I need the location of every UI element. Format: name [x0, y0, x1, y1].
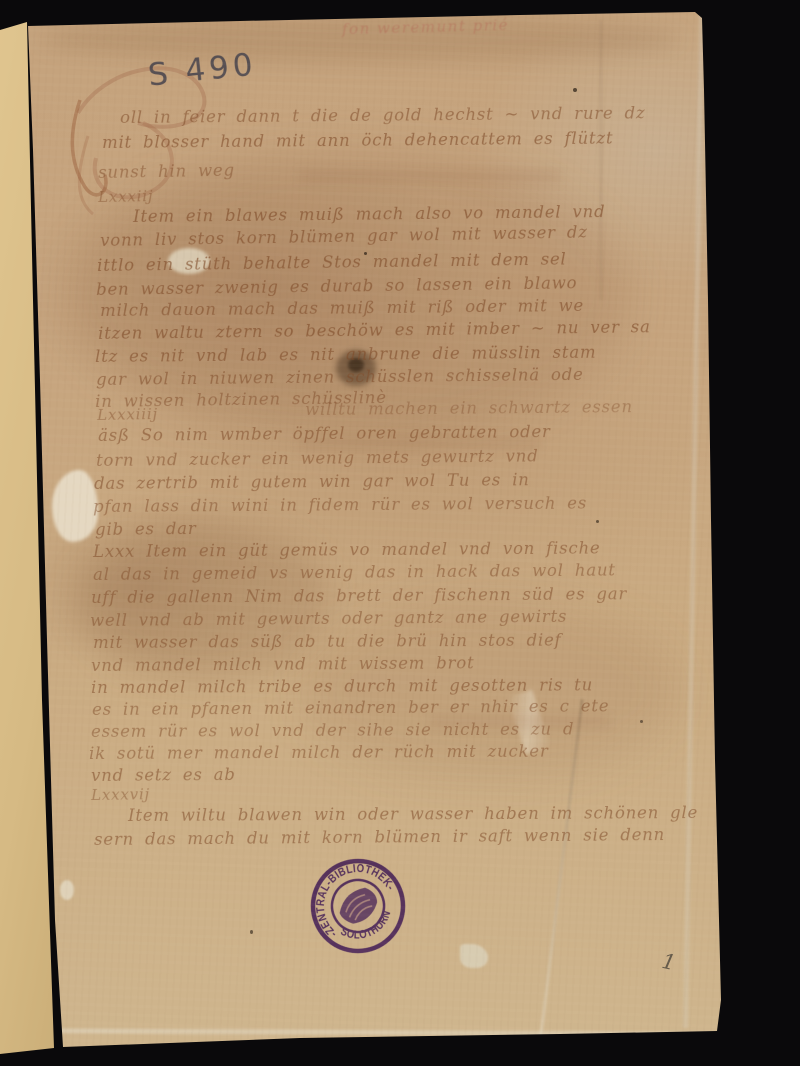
- manuscript-line: essem rür es wol vnd der sihe sie nicht …: [91, 719, 574, 741]
- manuscript-line: torn vnd zucker ein wenig mets gewurtz v…: [96, 446, 539, 470]
- folio-number: 1: [660, 949, 678, 975]
- manuscript-line: Lxxxiiij: [97, 405, 158, 424]
- speck: [250, 930, 253, 934]
- manuscript-line: Item wiltu blawen win oder wasser haben …: [128, 803, 698, 825]
- header-inscription: fon weremunt prié: [342, 16, 509, 38]
- library-stamp: -ZENTRAL-BIBLIOTHEK- SOLOTHURN: [277, 825, 438, 986]
- manuscript-line: itzen waltu ztern so beschöw es mit imbe…: [98, 317, 651, 343]
- manuscript-line: ittlo ein stüth behalte Stos mandel mit …: [97, 249, 567, 275]
- manuscript-line: gib es dar: [95, 519, 197, 539]
- page-edge-highlight: [683, 14, 704, 1028]
- manuscript-line: äsß So nim wmber öpffel oren gebratten o…: [98, 422, 551, 445]
- crease: [539, 699, 583, 1037]
- stain: [300, 600, 680, 780]
- speck: [364, 252, 367, 255]
- manuscript-line: Lxxx Item ein güt gemüs vo mandel vnd vo…: [93, 538, 601, 561]
- stamp-ring-text-top: -ZENTRAL-BIBLIOTHEK-: [300, 848, 404, 941]
- crease: [600, 20, 602, 300]
- manuscript-scan: fon weremunt prié S 490 oll in feier dan…: [0, 0, 800, 1066]
- manuscript-line: ben wasser zwenig es durab so lassen ein…: [96, 273, 577, 299]
- manuscript-line: pfan lass din wini in fidem rür es wol v…: [93, 494, 587, 516]
- manuscript-line: mit wasser das süß ab tu die brü hin sto…: [93, 631, 562, 652]
- stain: [70, 150, 630, 440]
- manuscript-line: vnd mandel milch vnd mit wissem brot: [91, 653, 475, 675]
- white-fleck: [60, 880, 74, 900]
- parchment-page: fon weremunt prié S 490 oll in feier dan…: [0, 0, 800, 1066]
- manuscript-line: mit blosser hand mit ann öch dehencattem…: [102, 129, 613, 152]
- white-fleck: [460, 944, 488, 968]
- manuscript-line: al das in gemeid vs wenig das in hack da…: [93, 560, 616, 584]
- line-initial-flourish: [55, 95, 135, 215]
- manuscript-line: in wissen holtzinen schüsslinè: [95, 388, 387, 411]
- shelfmark-label: S 490: [146, 46, 258, 93]
- speck: [640, 720, 643, 723]
- manuscript-line: Lxxxvij: [91, 785, 150, 804]
- manuscript-line: das zertrib mit gutem win gar wol Tu es …: [94, 470, 530, 493]
- manuscript-line: vnd setz es ab: [91, 765, 236, 785]
- speck: [573, 88, 577, 92]
- ink-blot: [348, 358, 364, 372]
- stain: [78, 520, 328, 680]
- stamp-emblem: [335, 882, 383, 930]
- manuscript-line: gar wol in niuwen zinen schüsslen schiss…: [96, 365, 584, 389]
- manuscript-line: willtu machen ein schwartz essen: [305, 397, 633, 419]
- white-fleck: [168, 248, 210, 274]
- manuscript-line: milch dauon mach das muiß mit riß oder m…: [100, 296, 584, 320]
- manuscript-line: in mandel milch tribe es durch mit gesot…: [91, 675, 593, 697]
- crease: [507, 689, 550, 754]
- manuscript-line: oll in feier dann t die de gold hechst ~…: [120, 103, 646, 127]
- manuscript-line: es in ein pfanen mit einandren ber er nh…: [92, 696, 609, 719]
- manuscript-line: sunst hin weg: [98, 161, 235, 182]
- ink-show-through: [300, 436, 540, 450]
- page-edge-highlight: [58, 1028, 716, 1036]
- manuscript-line: uff die gallenn Nim das brett der fische…: [91, 584, 627, 607]
- stamp-ring-text-bottom: SOLOTHURN: [335, 903, 399, 952]
- manuscript-line: ik sotü mer mandel milch der rüch mit zu…: [89, 742, 549, 763]
- speck: [596, 520, 599, 523]
- white-patch: [52, 470, 98, 542]
- manuscript-line: sern das mach du mit korn blümen ir saft…: [94, 825, 665, 849]
- initial-flourish-sketch: [18, 18, 228, 228]
- ink-blot: [336, 350, 376, 386]
- manuscript-line: Lxxxiij: [98, 187, 153, 206]
- manuscript-line: vonn liv stos korn blümen gar wol mit wa…: [100, 222, 588, 250]
- manuscript-line: ltz es nit vnd lab es nit anbrune die mü…: [95, 343, 596, 366]
- ink-show-through: [300, 170, 560, 182]
- manuscript-line: Item ein blawes muiß mach also vo mandel…: [133, 202, 606, 226]
- ink-show-through: [430, 716, 610, 728]
- stain: [40, 16, 680, 62]
- manuscript-line: well vnd ab mit gewurts oder gantz ane g…: [90, 607, 567, 630]
